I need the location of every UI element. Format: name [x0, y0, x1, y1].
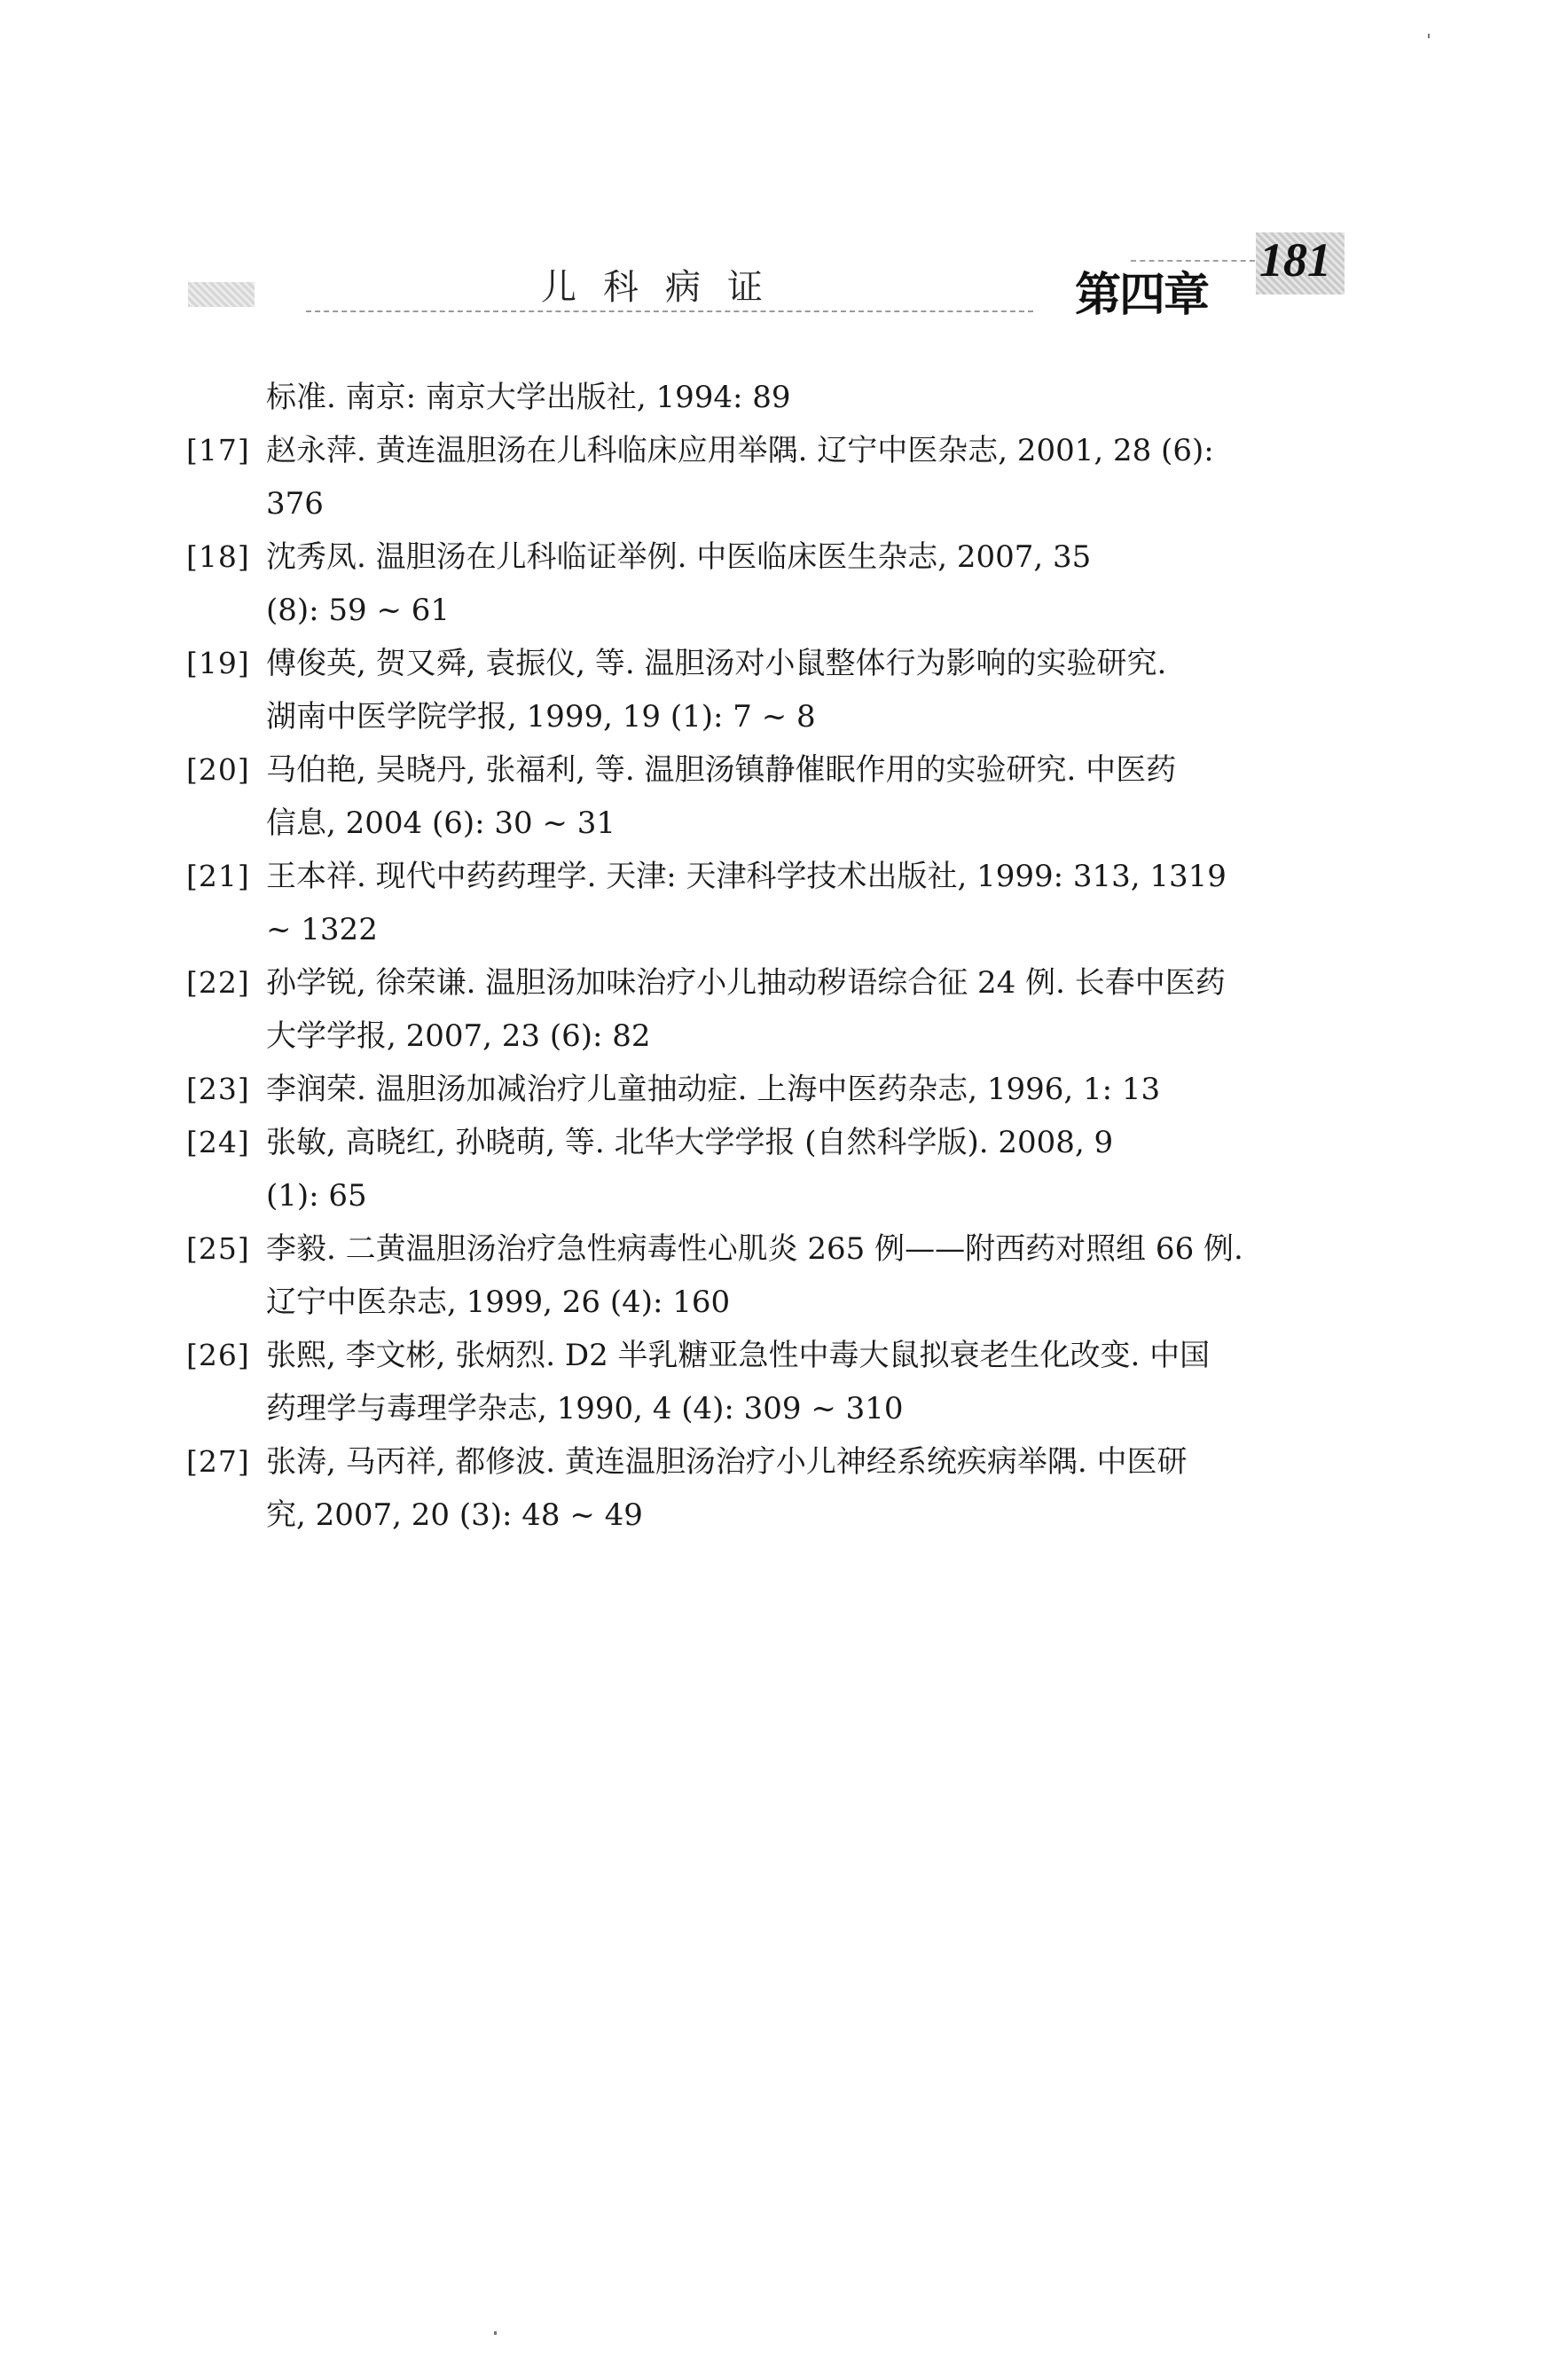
reference-line: 376: [0, 477, 1568, 530]
reference-number: [25]: [186, 1222, 250, 1276]
reference-line: 湖南中医学院学报, 1999, 19 (1): 7 ~ 8: [0, 690, 1568, 743]
reference-number: [23]: [186, 1063, 250, 1116]
reference-text: 大学学报, 2007, 23 (6): 82: [266, 1010, 651, 1063]
reference-text: 孙学锐, 徐荣谦. 温胆汤加味治疗小儿抽动秽语综合征 24 例. 长春中医药: [266, 956, 1226, 1010]
reference-number: [17]: [186, 424, 250, 477]
reference-line: 大学学报, 2007, 23 (6): 82: [0, 1010, 1568, 1063]
reference-text: ~ 1322: [266, 903, 378, 956]
reference-line: [27]张涛, 马丙祥, 都修波. 黄连温胆汤治疗小儿神经系统疾病举隅. 中医研: [0, 1435, 1568, 1489]
reference-text: (1): 65: [266, 1169, 367, 1222]
reference-text: 沈秀凤. 温胆汤在儿科临证举例. 中医临床医生杂志, 2007, 35: [266, 530, 1091, 584]
reference-line: [19]傅俊英, 贺又舜, 袁振仪, 等. 温胆汤对小鼠整体行为影响的实验研究.: [0, 637, 1568, 690]
reference-text: 究, 2007, 20 (3): 48 ~ 49: [266, 1489, 643, 1542]
header-decoration: [188, 282, 255, 307]
scan-speck: [1428, 34, 1430, 38]
reference-line: [18]沈秀凤. 温胆汤在儿科临证举例. 中医临床医生杂志, 2007, 35: [0, 530, 1568, 584]
reference-text: 药理学与毒理学杂志, 1990, 4 (4): 309 ~ 310: [266, 1382, 904, 1435]
reference-text: 李润荣. 温胆汤加减治疗儿童抽动症. 上海中医药杂志, 1996, 1: 13: [266, 1063, 1160, 1116]
reference-continuation: 标准. 南京: 南京大学出版社, 1994: 89: [0, 371, 1568, 424]
reference-number: [27]: [186, 1435, 250, 1489]
reference-line: 信息, 2004 (6): 30 ~ 31: [0, 797, 1568, 850]
reference-line: 药理学与毒理学杂志, 1990, 4 (4): 309 ~ 310: [0, 1382, 1568, 1435]
reference-text: 张熙, 李文彬, 张炳烈. D2 半乳糖亚急性中毒大鼠拟衰老生化改变. 中国: [266, 1329, 1210, 1382]
section-title: 儿科病证: [541, 259, 789, 310]
reference-line: [24]张敏, 高晓红, 孙晓萌, 等. 北华大学学报 (自然科学版). 200…: [0, 1116, 1568, 1169]
reference-text: 王本祥. 现代中药药理学. 天津: 天津科学技术出版社, 1999: 313, …: [266, 850, 1227, 903]
reference-line: (1): 65: [0, 1169, 1568, 1222]
reference-text: 傅俊英, 贺又舜, 袁振仪, 等. 温胆汤对小鼠整体行为影响的实验研究.: [266, 637, 1166, 690]
chapter-title: 第四章: [1075, 257, 1208, 324]
page-header: 儿科病证 第四章 181: [0, 0, 1568, 337]
reference-number: [24]: [186, 1116, 250, 1169]
reference-text: 376: [266, 477, 324, 530]
reference-line: 究, 2007, 20 (3): 48 ~ 49: [0, 1489, 1568, 1542]
page-number: 181: [1259, 232, 1331, 287]
reference-line: ~ 1322: [0, 903, 1568, 956]
reference-text: 赵永萍. 黄连温胆汤在儿科临床应用举隅. 辽宁中医杂志, 2001, 28 (6…: [266, 424, 1214, 477]
reference-text: 马伯艳, 吴晓丹, 张福利, 等. 温胆汤镇静催眠作用的实验研究. 中医药: [266, 743, 1176, 797]
reference-line: [23]李润荣. 温胆汤加减治疗儿童抽动症. 上海中医药杂志, 1996, 1:…: [0, 1063, 1568, 1116]
reference-number: [18]: [186, 530, 250, 584]
scan-speck: [494, 2331, 497, 2335]
reference-text: 张涛, 马丙祥, 都修波. 黄连温胆汤治疗小儿神经系统疾病举隅. 中医研: [266, 1435, 1187, 1489]
reference-text: 湖南中医学院学报, 1999, 19 (1): 7 ~ 8: [266, 690, 816, 743]
reference-text: 辽宁中医杂志, 1999, 26 (4): 160: [266, 1276, 730, 1329]
reference-line: [25]李毅. 二黄温胆汤治疗急性病毒性心肌炎 265 例——附西药对照组 66…: [0, 1222, 1568, 1276]
reference-line: [17]赵永萍. 黄连温胆汤在儿科临床应用举隅. 辽宁中医杂志, 2001, 2…: [0, 424, 1568, 477]
reference-text: (8): 59 ~ 61: [266, 584, 450, 637]
reference-line: [20]马伯艳, 吴晓丹, 张福利, 等. 温胆汤镇静催眠作用的实验研究. 中医…: [0, 743, 1568, 797]
reference-number: [21]: [186, 850, 250, 903]
header-rule: [306, 310, 1033, 312]
reference-text: 李毅. 二黄温胆汤治疗急性病毒性心肌炎 265 例——附西药对照组 66 例.: [266, 1222, 1243, 1276]
reference-text: 标准. 南京: 南京大学出版社, 1994: 89: [266, 371, 791, 424]
reference-number: [19]: [186, 637, 250, 690]
reference-number: [22]: [186, 956, 250, 1010]
reference-line: [21]王本祥. 现代中药药理学. 天津: 天津科学技术出版社, 1999: 3…: [0, 850, 1568, 903]
reference-line: (8): 59 ~ 61: [0, 584, 1568, 637]
reference-text: 信息, 2004 (6): 30 ~ 31: [266, 797, 615, 850]
reference-line: 辽宁中医杂志, 1999, 26 (4): 160: [0, 1276, 1568, 1329]
reference-line: [26]张熙, 李文彬, 张炳烈. D2 半乳糖亚急性中毒大鼠拟衰老生化改变. …: [0, 1329, 1568, 1382]
reference-text: 张敏, 高晓红, 孙晓萌, 等. 北华大学学报 (自然科学版). 2008, 9: [266, 1116, 1113, 1169]
reference-line: [22]孙学锐, 徐荣谦. 温胆汤加味治疗小儿抽动秽语综合征 24 例. 长春中…: [0, 956, 1568, 1010]
reference-number: [20]: [186, 743, 250, 797]
header-rule-right: [1131, 260, 1255, 262]
reference-number: [26]: [186, 1329, 250, 1382]
